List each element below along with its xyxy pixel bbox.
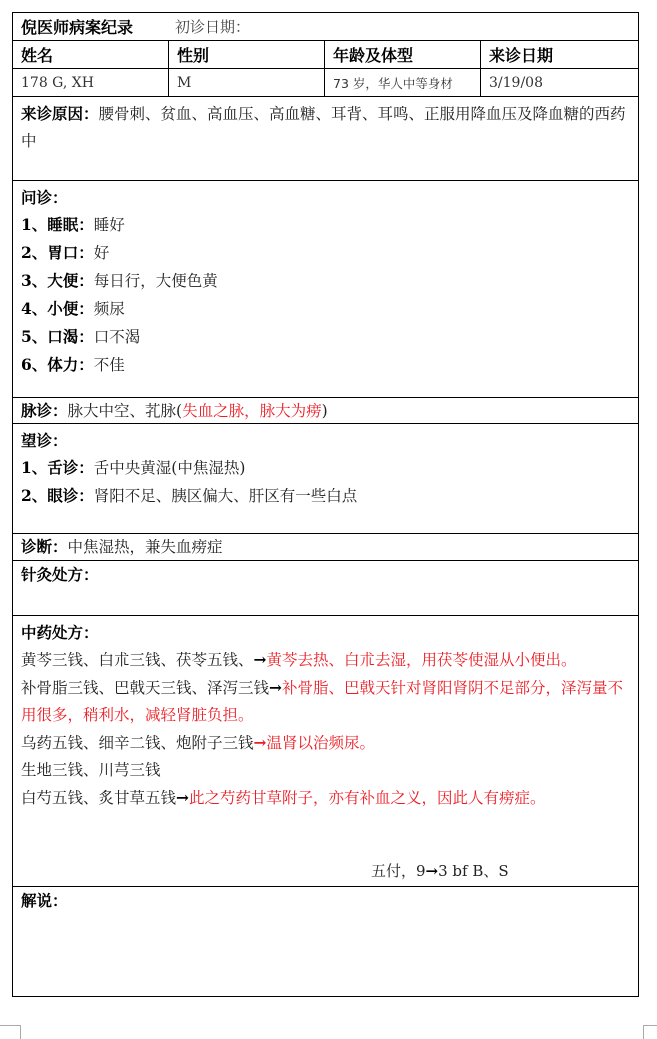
herbal-line: 黄芩三钱、白朮三钱、茯苓五钱、→黄芩去热、白朮去湿，用茯苓使湿从小便出。 xyxy=(21,646,630,674)
patient-visit-date: 3/19/08 xyxy=(481,69,638,96)
acupuncture-section: 针灸处方： xyxy=(13,561,638,616)
herbal-line: 生地三钱、川芎三钱 xyxy=(21,757,630,784)
inquiry-label: 问诊： xyxy=(21,184,630,211)
visit-reason-section: 来诊原因：腰骨刺、贫血、高血压、高血糖、耳背、耳鸣、正服用降血压及降血糖的西药中 xyxy=(13,97,638,181)
diagnosis-text: 中焦湿热，兼失血痨症 xyxy=(68,538,223,556)
herbal-section: 中药处方： 黄芩三钱、白朮三钱、茯苓五钱、→黄芩去热、白朮去湿，用茯苓使湿从小便… xyxy=(13,616,638,887)
page-corner-mark-left xyxy=(0,1025,21,1039)
inquiry-section: 问诊： 1、睡眠：睡好 2、胃口：好 3、大便：每日行，大便色黄 4、小便：频尿… xyxy=(13,181,638,398)
arrow-icon: → xyxy=(176,788,189,807)
pulse-section: 脉诊：脉大中空、芤脉(失血之脉，脉大为痨) xyxy=(13,398,638,424)
arrow-icon: → xyxy=(426,862,439,880)
inquiry-item: 3、大便：每日行，大便色黄 xyxy=(21,267,630,295)
record-title: 倪医师病案纪录 xyxy=(21,15,133,38)
observation-item: 1、舌诊：舌中央黄湿(中焦湿热) xyxy=(21,454,630,482)
arrow-icon: → xyxy=(254,733,267,752)
patient-header-row: 姓名 性别 年龄及体型 来诊日期 xyxy=(13,41,638,69)
herbal-line: 乌药五钱、细辛二钱、炮附子三钱→温肾以治频尿。 xyxy=(21,729,630,757)
first-visit-date-label: 初诊日期： xyxy=(175,16,250,37)
patient-age-build: 73 岁，华人中等身材 xyxy=(325,69,481,96)
inquiry-item: 6、体力：不佳 xyxy=(21,351,630,379)
inquiry-item: 5、口渴：口不渴 xyxy=(21,323,630,351)
visit-reason-text: 腰骨刺、贫血、高血压、高血糖、耳背、耳鸣、正服用降血压及降血糖的西药中 xyxy=(21,105,626,150)
col-name: 姓名 xyxy=(13,41,169,68)
dosage-note: 五付，9→3 bf B、S xyxy=(371,858,509,885)
visit-reason-label: 来诊原因： xyxy=(21,104,99,123)
col-age-build: 年龄及体型 xyxy=(325,41,481,68)
inquiry-item: 4、小便：频尿 xyxy=(21,295,630,323)
patient-gender: M xyxy=(169,69,325,96)
title-row: 倪医师病案纪录 初诊日期： xyxy=(13,13,638,41)
herbal-line: 白芍五钱、炙甘草五钱→此之芍药甘草附子，亦有补血之义，因此人有痨症。 xyxy=(21,784,630,812)
inquiry-item: 2、胃口：好 xyxy=(21,239,630,267)
diagnosis-label: 诊断： xyxy=(21,537,68,556)
pulse-text: 脉大中空、芤脉( xyxy=(68,402,183,420)
explanation-label: 解说： xyxy=(21,887,630,914)
acupuncture-label: 针灸处方： xyxy=(21,561,630,588)
arrow-icon: → xyxy=(254,650,267,669)
diagnosis-section: 诊断：中焦湿热，兼失血痨症 xyxy=(13,534,638,561)
observation-section: 望诊： 1、舌诊：舌中央黄湿(中焦湿热) 2、眼诊：肾阳不足、胰区偏大、肝区有一… xyxy=(13,424,638,534)
col-visit-date: 来诊日期 xyxy=(481,41,638,68)
pulse-note: 失血之脉，脉大为痨 xyxy=(182,402,322,420)
patient-values-row: 178 G, XH M 73 岁，华人中等身材 3/19/08 xyxy=(13,69,638,97)
herbal-label: 中药处方： xyxy=(21,619,630,646)
page-corner-mark-right xyxy=(643,1025,657,1039)
patient-name: 178 G, XH xyxy=(13,69,169,96)
inquiry-item: 1、睡眠：睡好 xyxy=(21,211,630,239)
herbal-line: 补骨脂三钱、巴戟天三钱、泽泻三钱→补骨脂、巴戟天针对肾阳肾阴不足部分，泽泻量不用… xyxy=(21,674,630,729)
observation-label: 望诊： xyxy=(21,427,630,454)
explanation-section: 解说： xyxy=(13,887,638,996)
arrow-icon: → xyxy=(269,678,282,697)
observation-item: 2、眼诊：肾阳不足、胰区偏大、肝区有一些白点 xyxy=(21,482,630,510)
pulse-label: 脉诊： xyxy=(21,401,68,420)
case-record-table: 倪医师病案纪录 初诊日期： 姓名 性别 年龄及体型 来诊日期 178 G, XH… xyxy=(12,12,639,997)
col-gender: 性别 xyxy=(169,41,325,68)
